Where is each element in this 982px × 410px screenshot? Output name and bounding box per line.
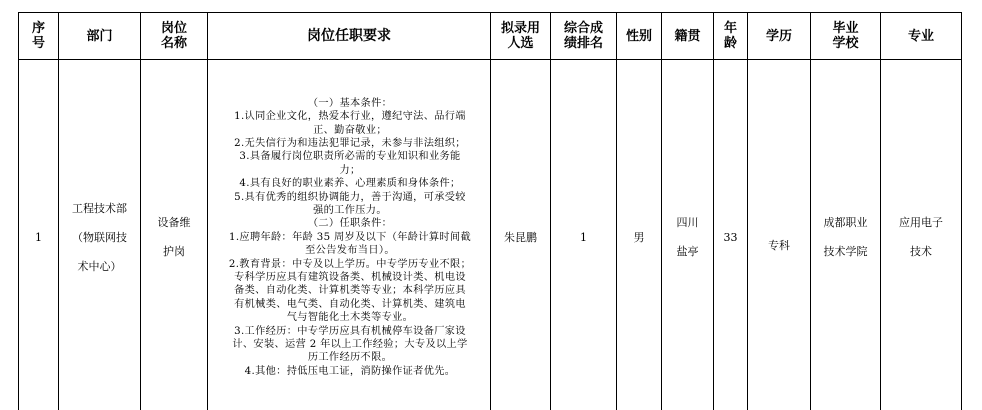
requirement-line: 1.应聘年龄：年龄 35 周岁及以下（年龄计算时间截 xyxy=(214,231,486,244)
major-line-1: 应用电子 xyxy=(881,208,961,237)
table-row: 1 工程技术部 （物联网技 术中心） 设备维 护岗 （一）基本条件： 1.认同企… xyxy=(19,60,962,410)
school-line-1: 成都职业 xyxy=(811,208,880,237)
header-education-label: 学历 xyxy=(748,29,810,44)
position-line-2: 护岗 xyxy=(141,237,207,266)
header-seq-line-1: 序 xyxy=(19,21,58,36)
position-line-1: 设备维 xyxy=(141,208,207,237)
header-rank-line-1: 综合成 xyxy=(551,21,616,36)
requirement-line: 气与智能化土木类等专业。 xyxy=(214,311,486,324)
header-department-label: 部门 xyxy=(59,29,140,44)
header-department: 部门 xyxy=(59,13,141,60)
requirement-line: 力； xyxy=(214,164,486,177)
department-line-2: （物联网技 xyxy=(59,223,140,252)
requirement-line: 有机械类、电气类、自动化类、计算机类、建筑电 xyxy=(214,298,486,311)
header-position-line-2: 名称 xyxy=(141,36,207,51)
header-candidate-line-1: 拟录用 xyxy=(491,21,550,36)
requirement-section-basic: （一）基本条件： xyxy=(214,97,486,110)
header-rank-line-2: 绩排名 xyxy=(551,36,616,51)
cell-native-place: 四川 盐亭 xyxy=(662,60,714,410)
header-candidate: 拟录用 人选 xyxy=(491,13,551,60)
requirement-line: 2.教育背景：中专及以上学历。中专学历专业不限； xyxy=(214,258,486,271)
native-place-line-1: 四川 xyxy=(662,208,713,237)
hiring-roster-table: 序 号 部门 岗位 名称 岗位任职要求 拟录用 人选 综合成 绩排名 性 xyxy=(18,12,962,410)
requirement-line: 4.其他：持低压电工证，消防操作证者优先。 xyxy=(214,365,486,378)
cell-age: 33 xyxy=(714,60,748,410)
header-requirements: 岗位任职要求 xyxy=(208,13,491,60)
requirement-line: 3.具备履行岗位职责所必需的专业知识和业务能 xyxy=(214,150,486,163)
header-age-line-1: 年 xyxy=(714,21,747,36)
header-gender: 性别 xyxy=(617,13,662,60)
requirement-line: 专科学历应具有建筑设备类、机械设计类、机电设 xyxy=(214,271,486,284)
requirement-section-qualifications: （二）任职条件： xyxy=(214,217,486,230)
requirement-line: 历工作经历不限。 xyxy=(214,351,486,364)
cell-education: 专科 xyxy=(748,60,811,410)
header-position: 岗位 名称 xyxy=(141,13,208,60)
requirement-line: 正、勤奋敬业； xyxy=(214,124,486,137)
header-rank: 综合成 绩排名 xyxy=(551,13,617,60)
requirement-line: 1.认同企业文化，热爱本行业，遵纪守法、品行端 xyxy=(214,110,486,123)
native-place-line-2: 盐亭 xyxy=(662,237,713,266)
requirement-line: 3.工作经历：中专学历应具有机械停车设备厂家设 xyxy=(214,325,486,338)
requirement-line: 2.无失信行为和违法犯罪记录，未参与非法组织； xyxy=(214,137,486,150)
header-school: 毕业 学校 xyxy=(811,13,881,60)
school-line-2: 技术学院 xyxy=(811,237,880,266)
header-seq-line-2: 号 xyxy=(19,36,58,51)
cell-major: 应用电子 技术 xyxy=(881,60,962,410)
header-gender-label: 性别 xyxy=(617,29,661,44)
header-school-line-2: 学校 xyxy=(811,36,880,51)
cell-department: 工程技术部 （物联网技 术中心） xyxy=(59,60,141,410)
requirement-line: 强的工作压力。 xyxy=(214,204,486,217)
department-line-3: 术中心） xyxy=(59,252,140,281)
header-row: 序 号 部门 岗位 名称 岗位任职要求 拟录用 人选 综合成 绩排名 性 xyxy=(19,13,962,60)
header-seq: 序 号 xyxy=(19,13,59,60)
header-age-line-2: 龄 xyxy=(714,36,747,51)
cell-position: 设备维 护岗 xyxy=(141,60,208,410)
header-native-place: 籍贯 xyxy=(662,13,714,60)
cell-rank: 1 xyxy=(551,60,617,410)
cell-school: 成都职业 技术学院 xyxy=(811,60,881,410)
header-school-line-1: 毕业 xyxy=(811,21,880,36)
cell-candidate: 朱昆鹏 xyxy=(491,60,551,410)
header-major-label: 专业 xyxy=(881,29,961,44)
cell-seq: 1 xyxy=(19,60,59,410)
requirement-line: 至公告发布当日）。 xyxy=(214,244,486,257)
header-native-place-label: 籍贯 xyxy=(662,29,713,44)
requirement-line: 计、安装、运营 2 年以上工作经验；大专及以上学 xyxy=(214,338,486,351)
cell-requirements: （一）基本条件： 1.认同企业文化，热爱本行业，遵纪守法、品行端 正、勤奋敬业；… xyxy=(208,60,491,410)
header-requirements-label: 岗位任职要求 xyxy=(208,29,490,44)
requirement-line: 备类、自动化类、计算机类等专业；本科学历应具 xyxy=(214,284,486,297)
header-position-line-1: 岗位 xyxy=(141,21,207,36)
header-age: 年 龄 xyxy=(714,13,748,60)
department-line-1: 工程技术部 xyxy=(59,194,140,223)
header-candidate-line-2: 人选 xyxy=(491,36,550,51)
header-education: 学历 xyxy=(748,13,811,60)
requirement-line: 5.具有优秀的组织协调能力，善于沟通，可承受较 xyxy=(214,191,486,204)
cell-gender: 男 xyxy=(617,60,662,410)
major-line-2: 技术 xyxy=(881,237,961,266)
header-major: 专业 xyxy=(881,13,962,60)
requirement-line: 4.具有良好的职业素养、心理素质和身体条件； xyxy=(214,177,486,190)
